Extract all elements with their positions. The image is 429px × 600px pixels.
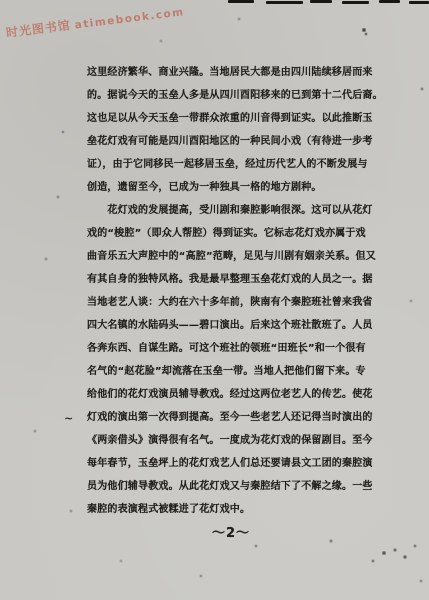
text-line: 各奔东西、自谋生路。可这个班社的领班“田班长”和一个很有 (87, 342, 375, 365)
text-line: 的。据说今天的玉垒人多是从四川酉阳移来的已到第十二代后裔。 (87, 89, 375, 112)
edge-dash (310, 0, 332, 3)
handwritten-margin-mark: ~ (64, 412, 73, 425)
edge-dash (342, 1, 369, 4)
text-line: 《两亲借头》演得很有名气。一度成为花灯戏的保留剧目。至今 (87, 434, 375, 457)
text-line: 当地老艺人谈：大约在六十多年前，陕南有个秦腔班社曾来我省 (87, 296, 375, 319)
text-line: 每年春节，玉垒坪上的花灯戏艺人们总还要请县文工团的秦腔演 (87, 457, 375, 480)
document-body: 这里经济繁华、商业兴隆。当地居民大都是由四川陆续移居而来 的。据说今天的玉垒人多… (87, 66, 375, 526)
text-line: 戏的“梭腔”（即众人帮腔）得到证实。它标志花灯戏亦属于戏 (87, 227, 375, 250)
edge-dash (409, 1, 429, 4)
edge-dash (379, 0, 400, 3)
text-line: 这里经济繁华、商业兴隆。当地居民大都是由四川陆续移居而来 (87, 66, 375, 89)
text-line: 有其自身的独特风格。我是最早整理玉垒花灯戏的人员之一。据 (87, 273, 375, 296)
watermark-site-name: 时光图书馆 (5, 18, 71, 40)
watermark-site-url: atimebook.com (74, 6, 185, 31)
text-line: 垒花灯戏有可能是四川酉阳地区的一种民间小戏（有待进一步考 (87, 135, 375, 158)
text-line: 创造，遗留至今，已成为一种独具一格的地方剧种。 (87, 181, 375, 204)
scanned-page: 时光图书馆atimebook.com 这里经济繁华、商业兴隆。当地居民大都是由四… (0, 0, 429, 600)
watermark: 时光图书馆atimebook.com (5, 0, 226, 41)
text-line: 给他们的花灯戏演员辅导教戏。经过这两位老艺人的传艺。使花 (87, 388, 375, 411)
page-number: ～2～ (212, 522, 250, 541)
text-line: 名气的“赵花脸”却流落在玉垒一带。当地人把他们留下来。专 (87, 365, 375, 388)
edge-dash (266, 1, 303, 4)
text-line: 员为他们辅导教戏。从此花灯戏又与秦腔结下了不解之缘。一些 (87, 480, 375, 503)
edge-dash (228, 0, 254, 3)
scan-noise (0, 0, 2, 2)
text-line: 证），由于它同移民一起移居玉垒，经过历代艺人的不断发展与 (87, 158, 375, 181)
text-line: 灯戏的演出第一次得到提高。至今一些老艺人还记得当时演出的 (87, 411, 375, 434)
text-line: 花灯戏的发展提高，受川剧和秦腔影响很深。这可以从花灯 (87, 204, 375, 227)
text-line: 这也足以从今天玉垒一带群众浓重的川音得到证实。以此推断玉 (87, 112, 375, 135)
text-line: 曲音乐五大声腔中的“高腔”范畴，足见与川剧有姻亲关系。但又 (87, 250, 375, 273)
text-line: 四大名镇的水陆码头——碧口演出。后来这个班社散班了。人员 (87, 319, 375, 342)
